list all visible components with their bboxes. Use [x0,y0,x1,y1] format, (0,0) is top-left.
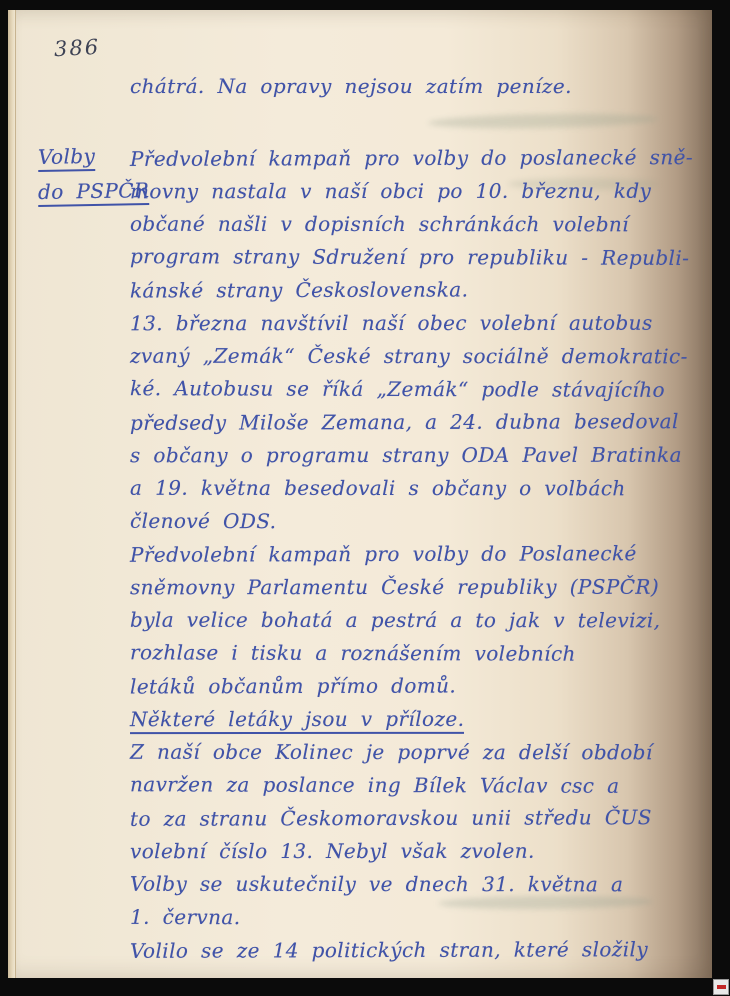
handwritten-line: občané našli v dopisních schránkách vole… [130,212,629,237]
handwritten-line: to za stranu Českomoravskou unii středu … [130,805,652,831]
handwritten-line: navržen za poslance ing Bílek Václav csc… [130,772,620,798]
handwritten-line: předsedy Miloše Zemana, a 24. dubna bese… [130,409,679,435]
handwritten-line: Z naší obce Kolinec je poprvé za delší o… [130,740,653,765]
handwritten-line: sněmovny Parlamentu České republiky (PSP… [130,575,659,600]
handwritten-line: Volby se uskutečnily ve dnech 31. května… [130,872,623,897]
red-dash-icon [717,985,726,989]
handwritten-line: program strany Sdružení pro republiku - … [130,244,689,270]
handwritten-line: Předvolební kampaň pro volby do Poslanec… [130,541,637,567]
handwritten-line: kánské strany Československa. [130,277,468,302]
handwritten-line: zvaný „Zemák“ České strany sociálně demo… [130,344,688,369]
scanned-chronicle-page: 386 Volby do PSPČR chátrá. Na opravy nej… [0,0,730,996]
page-edge [8,10,16,978]
handwritten-line: 1. června. [130,905,241,929]
handwritten-line: Předvolební kampaň pro volby do poslanec… [130,145,693,171]
ink-show-through [438,895,653,910]
handwritten-line: s občany o programu strany ODA Pavel Bra… [130,443,682,468]
handwritten-line: ké. Autobusu se říká „Zemák“ podle stáva… [130,376,665,402]
handwritten-line: volební číslo 13. Nebyl však zvolen. [130,839,535,863]
handwritten-line: rozhlase i tisku a roznášením volebních [130,640,576,665]
handwritten-line: a 19. května besedovali s občany o volbá… [130,476,626,501]
handwritten-line: byla velice bohatá a pestrá a to jak v t… [130,608,660,633]
handwritten-line: chátrá. Na opravy nejsou zatím peníze. [130,74,572,98]
handwritten-line: movny nastala v naší obci po 10. březnu,… [130,179,651,204]
handwritten-line: 13. března navštívil naší obec volební a… [130,311,653,336]
handwritten-line: Volilo se ze 14 politických stran, které… [130,937,648,963]
minimize-icon[interactable] [713,979,729,995]
ink-show-through [428,112,658,130]
handwritten-line: letáků občanům přímo domů. [130,673,456,698]
handwritten-line: Některé letáky jsou v příloze. [130,707,464,731]
handwritten-line: členové ODS. [130,509,277,533]
page-number: 386 [53,35,100,61]
paper: 386 Volby do PSPČR chátrá. Na opravy nej… [8,10,712,978]
